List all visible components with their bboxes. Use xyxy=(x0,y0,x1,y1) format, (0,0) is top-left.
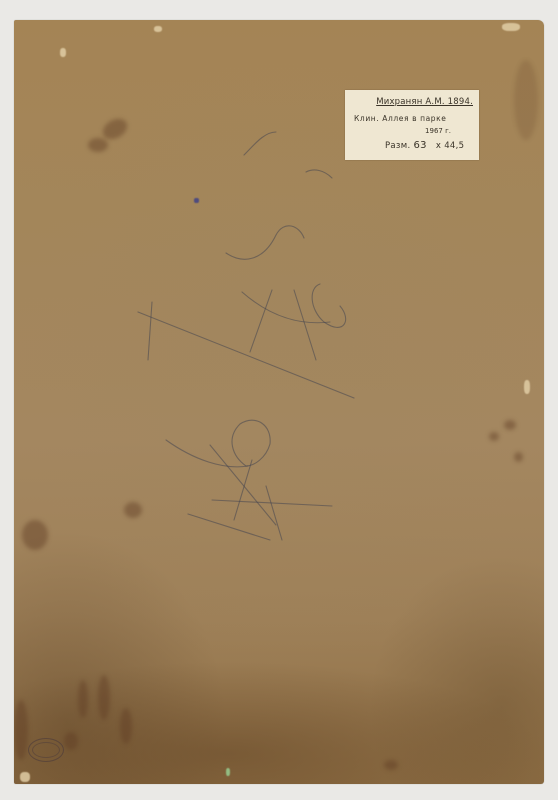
painting-board-back: Михранян А.М. 1894. Клин. Аллея в парке … xyxy=(14,20,544,784)
oval-stamp xyxy=(28,738,64,762)
pencil-inscriptions xyxy=(14,20,544,784)
